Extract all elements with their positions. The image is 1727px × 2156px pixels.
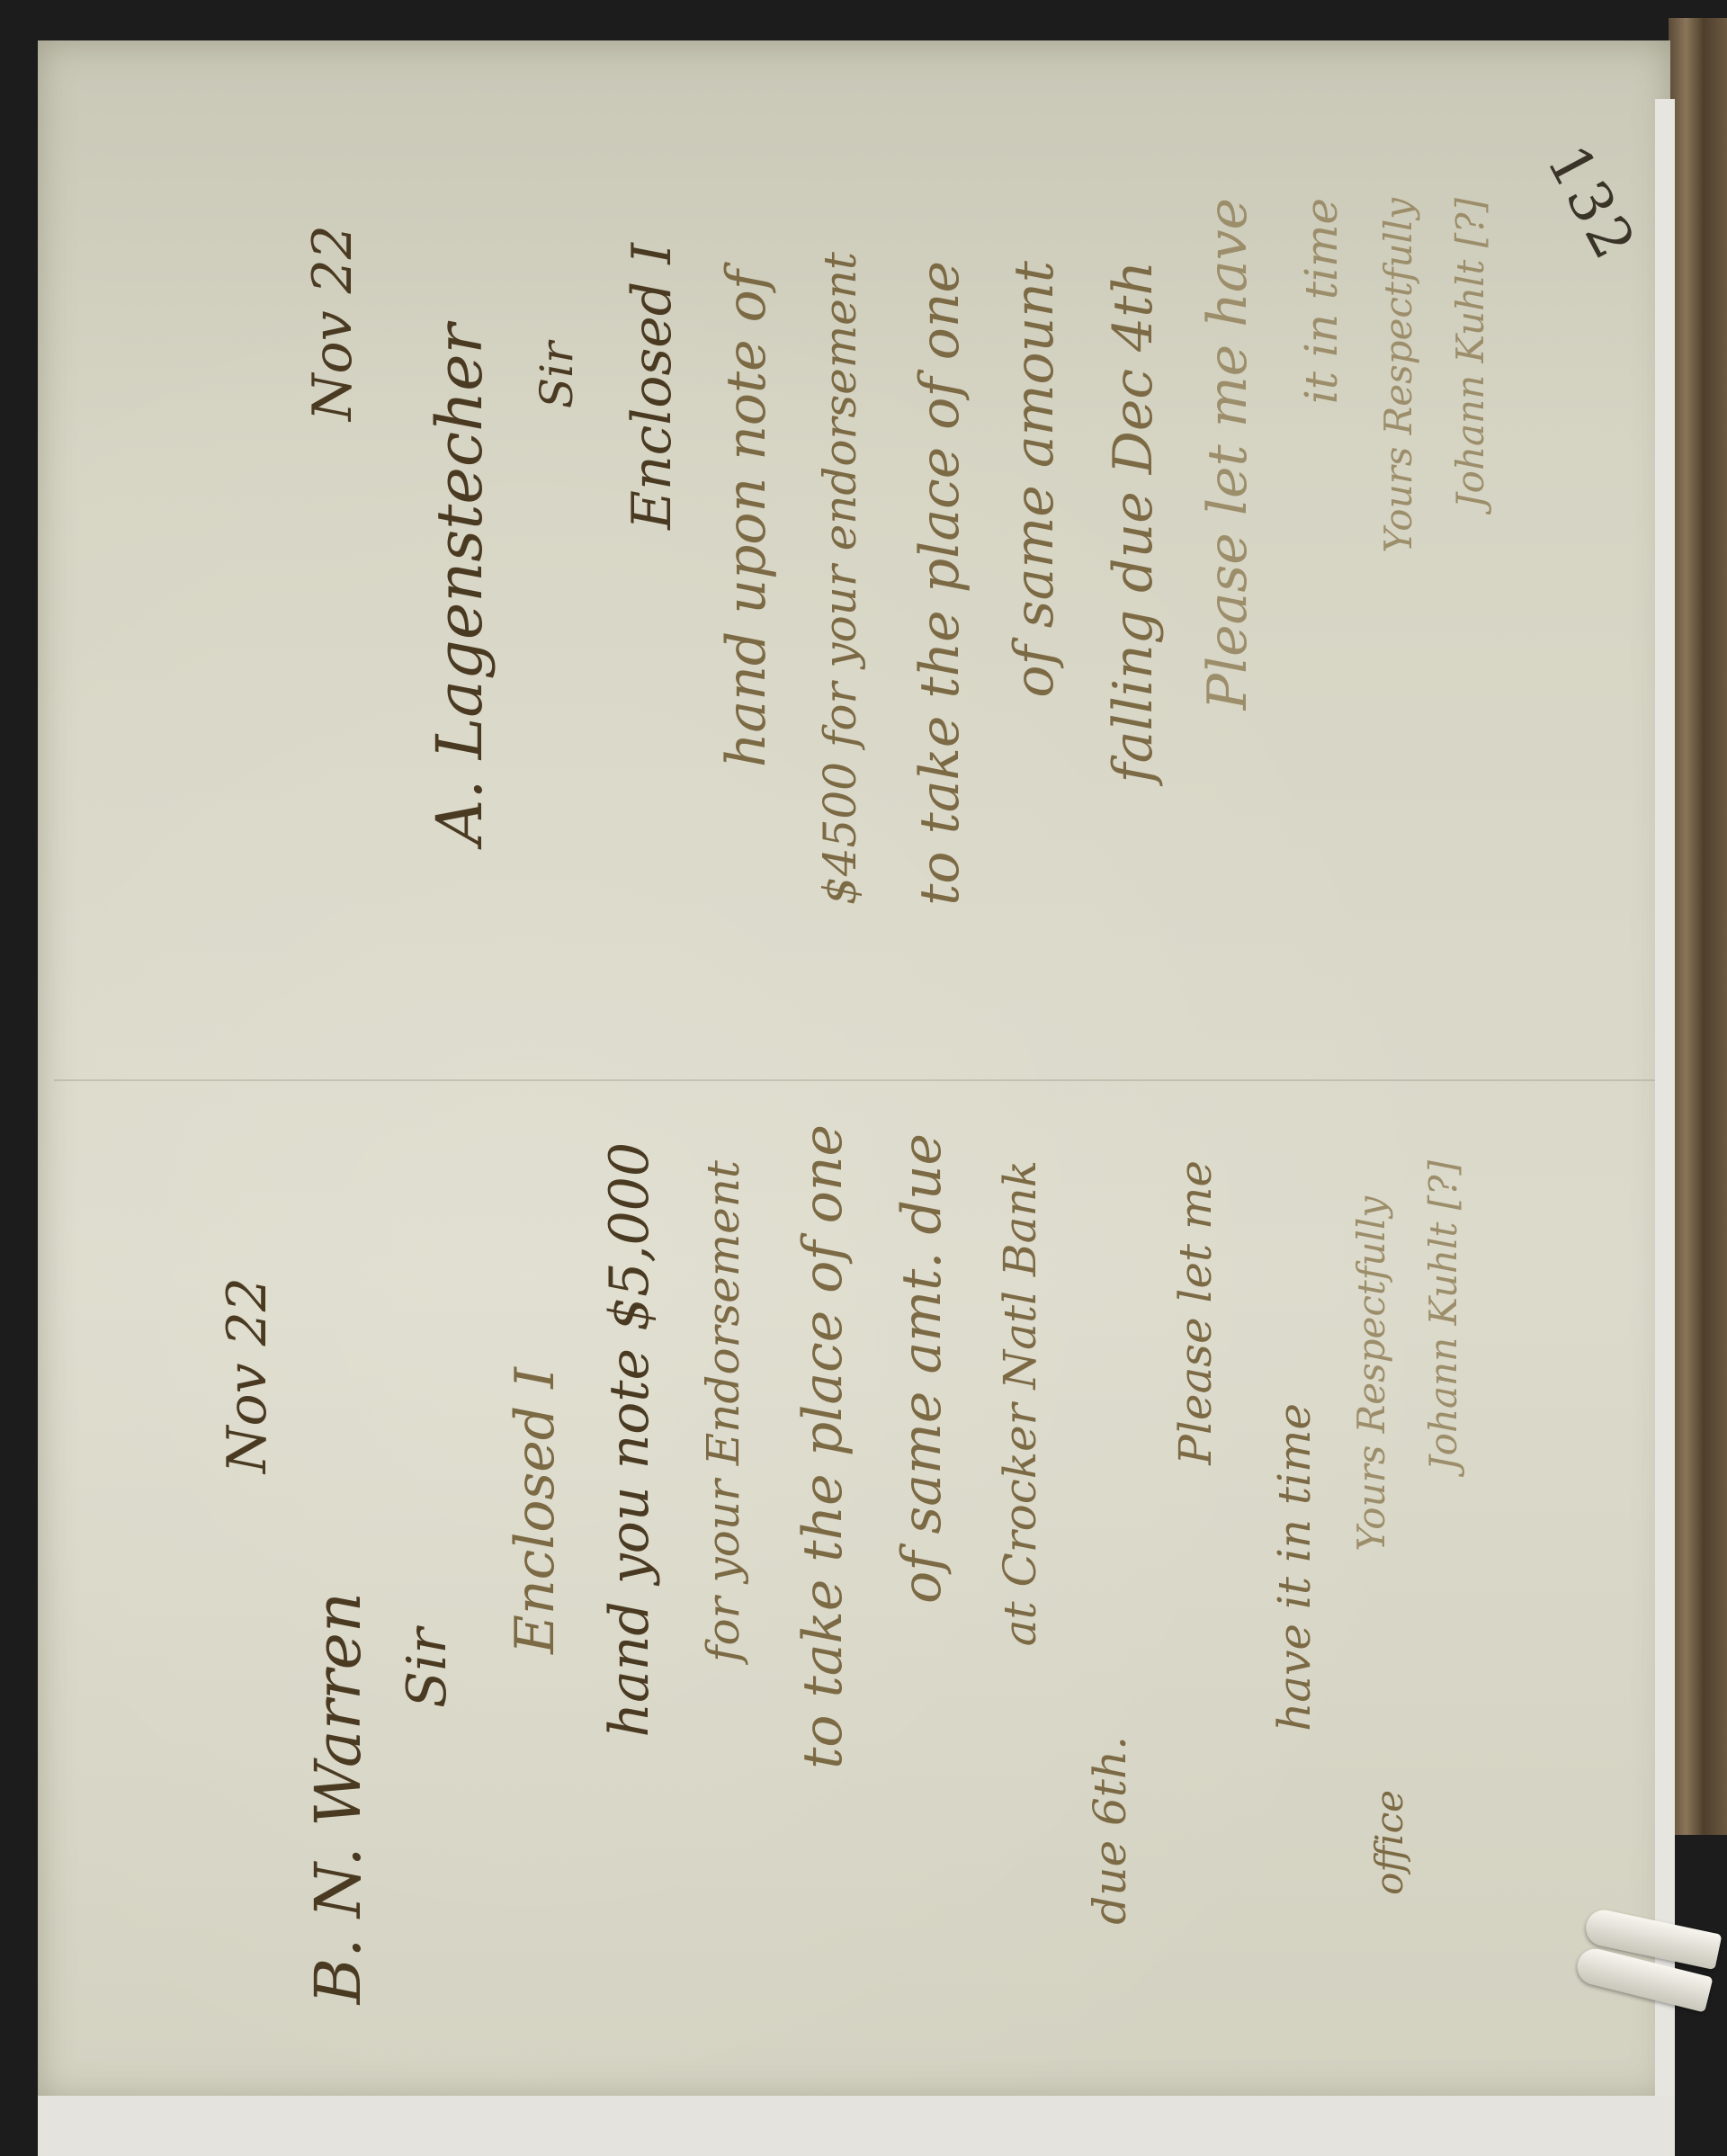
book-binding bbox=[1669, 18, 1727, 1835]
fold-line bbox=[54, 1079, 1655, 1081]
left-letter-line: to take the place of one bbox=[792, 1124, 855, 1769]
left-letter-signature: Johann Kuhlt [?] bbox=[1421, 1160, 1465, 1471]
left-letter-line: Enclosed I bbox=[504, 1367, 567, 1654]
left-letter-closing: Yours Respectfully bbox=[1349, 1196, 1393, 1552]
left-letter-closing-partial: office bbox=[1367, 1790, 1411, 1895]
right-letter-signature: Johann Kuhlt [?] bbox=[1448, 198, 1492, 508]
right-letter-line: of same amount bbox=[1003, 261, 1066, 698]
left-letter-salutation: Sir bbox=[396, 1628, 459, 1708]
right-letter-date: Nov 22 bbox=[301, 225, 364, 421]
right-letter-line: falling due Dec 4th bbox=[1102, 261, 1165, 783]
right-letter-line: it in time bbox=[1295, 198, 1347, 404]
left-letter-line: for your Endorsement bbox=[697, 1160, 749, 1662]
left-letter-line: of same amt. due bbox=[890, 1133, 953, 1604]
right-letter-line: Enclosed I bbox=[621, 243, 684, 530]
right-letter-salutation: Sir bbox=[531, 342, 583, 408]
left-letter-line: Please let me bbox=[1169, 1160, 1221, 1465]
paper-edge bbox=[1655, 99, 1675, 2123]
right-letter-closing: Yours Respectfully bbox=[1376, 198, 1420, 553]
paper-bottom-edge bbox=[38, 2096, 1675, 2156]
left-letter-addressee: B. N. Warren bbox=[301, 1592, 375, 2004]
right-letter-line: $4500 for your endorsement bbox=[814, 252, 866, 905]
left-letter-line: hand you note $5,000 bbox=[598, 1142, 661, 1738]
right-letter-line: Please let me have bbox=[1196, 198, 1259, 710]
left-letter-date: Nov 22 bbox=[216, 1277, 279, 1473]
left-letter-line: have it in time bbox=[1268, 1403, 1320, 1731]
right-letter-line: hand upon note of bbox=[715, 270, 778, 767]
right-letter-line: to take the place of one bbox=[908, 261, 971, 906]
left-letter-line: at Crocker Natl Bank bbox=[994, 1160, 1046, 1646]
right-letter-addressee: A. Lagenstecher bbox=[423, 324, 497, 845]
left-letter-line: due 6th. bbox=[1084, 1736, 1136, 1925]
